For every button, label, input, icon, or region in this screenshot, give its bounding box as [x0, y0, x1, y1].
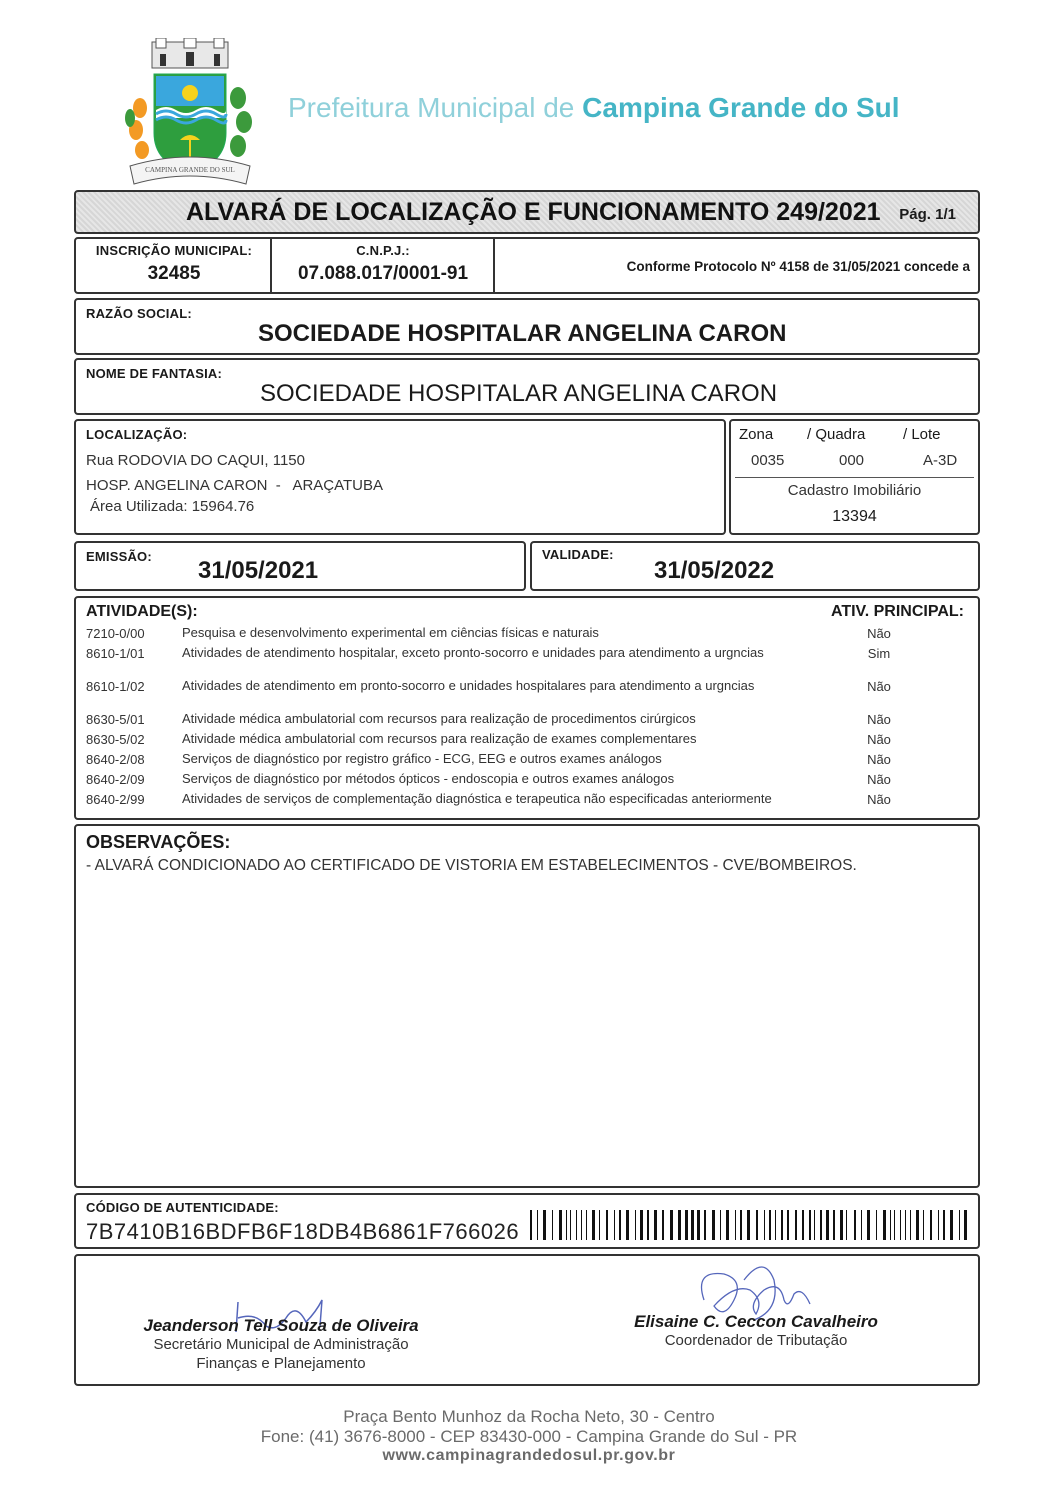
- inscricao-value: 32485: [76, 263, 272, 285]
- activity-principal: Não: [854, 626, 904, 641]
- org-name: Campina Grande do Sul: [582, 92, 899, 123]
- observacoes-text: - ALVARÁ CONDICIONADO AO CERTIFICADO DE …: [86, 857, 857, 875]
- emissao-box: EMISSÃO: 31/05/2021: [74, 541, 526, 591]
- activity-principal: Sim: [854, 646, 904, 661]
- localizacao-label: LOCALIZAÇÃO:: [86, 427, 187, 442]
- activity-description: Atividade médica ambulatorial com recurs…: [182, 712, 772, 726]
- footer-website[interactable]: www.campinagrandedosul.pr.gov.br: [0, 1447, 1058, 1465]
- signatory-name: Jeanderson Tell Souza de Oliveira: [116, 1316, 446, 1336]
- signatory-role: Secretário Municipal de Administração: [116, 1336, 446, 1353]
- address-line2: HOSP. ANGELINA CARON - ARAÇATUBA: [86, 477, 383, 494]
- lote-label: / Lote: [903, 426, 941, 443]
- activity-code: 8640-2/99: [86, 792, 176, 807]
- validade-label: VALIDADE:: [542, 547, 614, 562]
- activity-code: 8610-1/01: [86, 646, 176, 661]
- quadra-value: 000: [839, 452, 864, 469]
- municipal-crest-logo: CAMPINA GRANDE DO SUL: [120, 38, 260, 188]
- signature-block-2: Elisaine C. Ceccon Cavalheiro Coordenado…: [606, 1312, 906, 1349]
- localizacao-box: LOCALIZAÇÃO: Rua RODOVIA DO CAQUI, 1150 …: [74, 419, 726, 535]
- activity-code: 8640-2/09: [86, 772, 176, 787]
- activity-principal: Não: [854, 679, 904, 694]
- atividades-box: ATIVIDADE(S): ATIV. PRINCIPAL: 7210-0/00…: [74, 596, 980, 820]
- razao-social-value: SOCIEDADE HOSPITALAR ANGELINA CARON: [258, 320, 786, 348]
- emissao-value: 31/05/2021: [198, 557, 318, 585]
- cnpj-cell: C.N.P.J.: 07.088.017/0001-91: [272, 243, 494, 285]
- atividades-label: ATIVIDADE(S):: [86, 603, 198, 621]
- observacoes-label: OBSERVAÇÕES:: [86, 832, 230, 853]
- lote-value: A-3D: [923, 452, 957, 469]
- area-utilizada: Área Utilizada: 15964.76: [90, 498, 254, 515]
- autenticidade-label: CÓDIGO DE AUTENTICIDADE:: [86, 1200, 279, 1215]
- barcode: [530, 1210, 972, 1240]
- activity-description: Atividades de atendimento em pronto-soco…: [182, 679, 772, 693]
- activity-code: 8630-5/01: [86, 712, 176, 727]
- svg-text:CAMPINA GRANDE DO SUL: CAMPINA GRANDE DO SUL: [145, 166, 235, 174]
- signatory-role-2: Finanças e Planejamento: [116, 1355, 446, 1372]
- nome-fantasia-value: SOCIEDADE HOSPITALAR ANGELINA CARON: [260, 380, 777, 408]
- zona-label: Zona: [739, 426, 773, 443]
- autenticidade-code: 7B7410B16BDFB6F18DB4B6861F766026: [86, 1219, 519, 1245]
- ids-row: INSCRIÇÃO MUNICIPAL: 32485 C.N.P.J.: 07.…: [74, 237, 980, 294]
- municipality-title: Prefeitura Municipal de Campina Grande d…: [288, 92, 900, 124]
- signatures-box: Jeanderson Tell Souza de Oliveira Secret…: [74, 1254, 980, 1386]
- activity-principal: Não: [854, 792, 904, 807]
- activity-code: 8640-2/08: [86, 752, 176, 767]
- activity-description: Atividades de serviços de complementação…: [182, 792, 772, 806]
- activity-code: 7210-0/00: [86, 626, 176, 641]
- principal-label: ATIV. PRINCIPAL:: [831, 603, 964, 621]
- activity-description: Serviços de diagnóstico por registro grá…: [182, 752, 772, 766]
- signature-block-1: Jeanderson Tell Souza de Oliveira Secret…: [116, 1316, 446, 1372]
- activity-principal: Não: [854, 772, 904, 787]
- razao-social-label: RAZÃO SOCIAL:: [86, 306, 192, 321]
- inscricao-label: INSCRIÇÃO MUNICIPAL:: [76, 243, 272, 258]
- cadastro-box: Zona / Quadra / Lote 0035 000 A-3D Cadas…: [729, 419, 980, 535]
- activity-description: Atividades de atendimento hospitalar, ex…: [182, 646, 772, 660]
- document-title-bar: ALVARÁ DE LOCALIZAÇÃO E FUNCIONAMENTO 24…: [74, 190, 980, 234]
- razao-social-box: RAZÃO SOCIAL: SOCIEDADE HOSPITALAR ANGEL…: [74, 298, 980, 355]
- validade-value: 31/05/2022: [654, 557, 774, 585]
- footer-contact: Fone: (41) 3676-8000 - CEP 83430-000 - C…: [0, 1427, 1058, 1447]
- quadra-label: / Quadra: [807, 426, 865, 443]
- activity-code: 8630-5/02: [86, 732, 176, 747]
- emissao-label: EMISSÃO:: [86, 549, 152, 564]
- cnpj-label: C.N.P.J.:: [272, 243, 494, 258]
- activity-code: 8610-1/02: [86, 679, 176, 694]
- activity-description: Atividade médica ambulatorial com recurs…: [182, 732, 772, 746]
- activity-principal: Não: [854, 732, 904, 747]
- cnpj-value: 07.088.017/0001-91: [272, 263, 494, 285]
- protocolo-text: Conforme Protocolo Nº 4158 de 31/05/2021…: [627, 259, 970, 274]
- address-line1: Rua RODOVIA DO CAQUI, 1150: [86, 452, 305, 469]
- activity-description: Serviços de diagnóstico por métodos ópti…: [182, 772, 772, 786]
- signatory-name: Elisaine C. Ceccon Cavalheiro: [606, 1312, 906, 1332]
- document-title: ALVARÁ DE LOCALIZAÇÃO E FUNCIONAMENTO 24…: [186, 198, 881, 227]
- cadastro-value: 13394: [731, 508, 978, 526]
- activity-principal: Não: [854, 712, 904, 727]
- activity-description: Pesquisa e desenvolvimento experimental …: [182, 626, 772, 640]
- zona-value: 0035: [751, 452, 784, 469]
- signatory-role: Coordenador de Tributação: [606, 1332, 906, 1349]
- activity-principal: Não: [854, 752, 904, 767]
- cadastro-label: Cadastro Imobiliário: [731, 482, 978, 499]
- observacoes-box: OBSERVAÇÕES: - ALVARÁ CONDICIONADO AO CE…: [74, 824, 980, 1188]
- divider: [493, 239, 495, 292]
- org-prefix: Prefeitura Municipal de: [288, 92, 582, 123]
- page-indicator: Pág. 1/1: [899, 206, 956, 223]
- nome-fantasia-label: NOME DE FANTASIA:: [86, 366, 222, 381]
- footer-address: Praça Bento Munhoz da Rocha Neto, 30 - C…: [0, 1407, 1058, 1427]
- nome-fantasia-box: NOME DE FANTASIA: SOCIEDADE HOSPITALAR A…: [74, 358, 980, 415]
- divider: [735, 477, 974, 478]
- validade-box: VALIDADE: 31/05/2022: [530, 541, 980, 591]
- inscricao-cell: INSCRIÇÃO MUNICIPAL: 32485: [76, 243, 272, 285]
